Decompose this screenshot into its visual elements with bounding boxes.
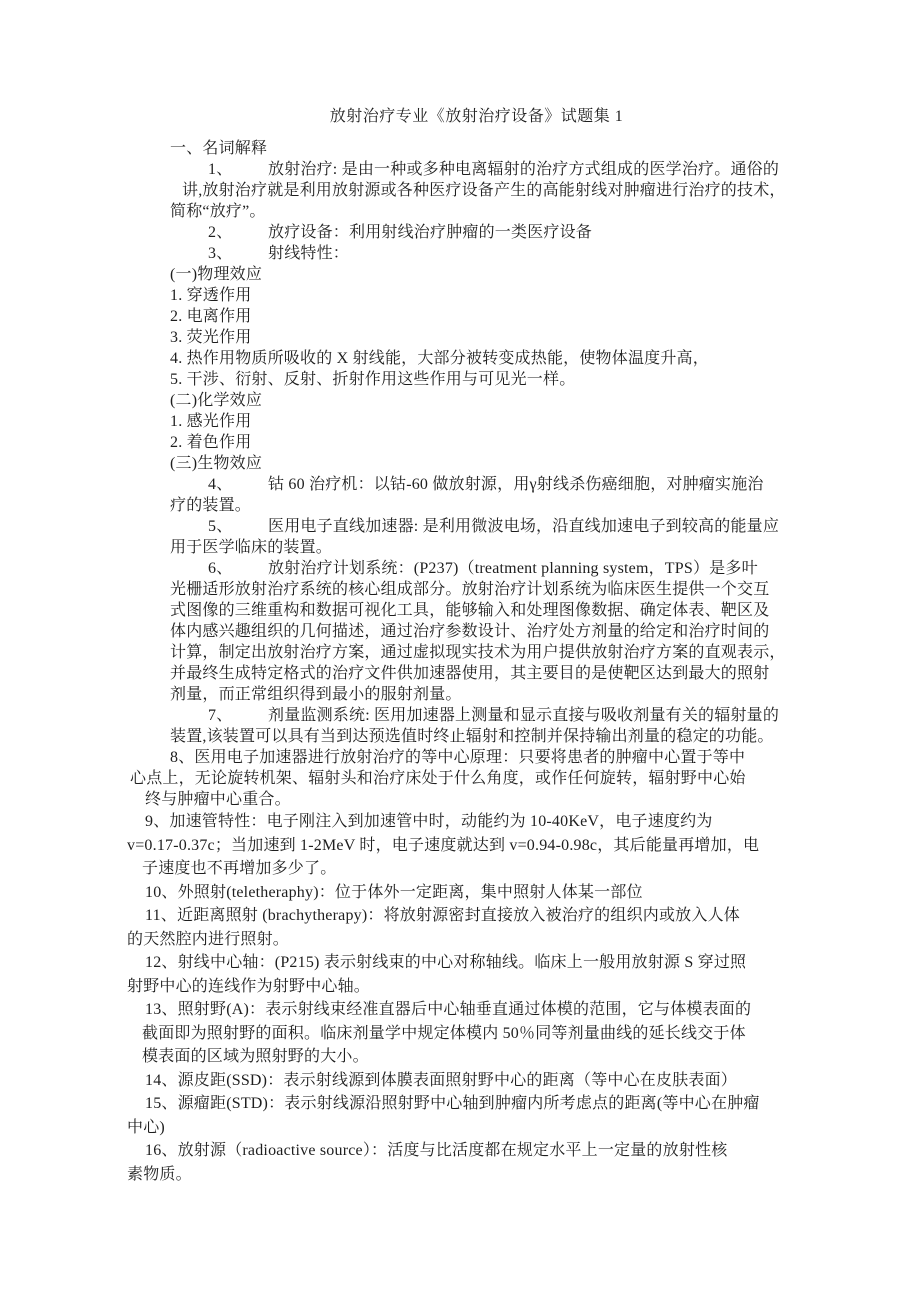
- numbered-definition-line: 5、医用电子直线加速器: 是利用微波电场，沿直线加速电子到较高的能量应: [0, 516, 920, 537]
- text-line: 9、加速管特性：电子刚注入到加速管中时，动能约为 10-40KeV，电子速度约为: [0, 810, 920, 834]
- text-line: 中心): [0, 1116, 920, 1140]
- text-line: 的天然腔内进行照射。: [0, 928, 920, 952]
- item-text: 射线特性：: [268, 245, 349, 262]
- item-number: 3、: [208, 243, 268, 264]
- text-line: 用于医学临床的装置。: [0, 537, 920, 558]
- text-line: 素物质。: [0, 1163, 920, 1187]
- text-line: 13、照射野(A)：表示射线束经准直器后中心轴垂直通过体模的范围，它与体模表面的: [0, 998, 920, 1022]
- item-number: 7、: [208, 705, 268, 726]
- text-line: 10、外照射(teletheraphy)：位于体外一定距离，集中照射人体某一部位: [0, 881, 920, 905]
- numbered-definition-line: 4、钴 60 治疗机：以钴-60 做放射源，用γ射线杀伤癌细胞，对肿瘤实施治: [0, 474, 920, 495]
- text-line: 并最终生成特定格式的治疗文件供加速器使用，其主要目的是使靶区达到最大的照射: [0, 663, 920, 684]
- text-line: 2. 电离作用: [0, 306, 920, 327]
- text-line: 16、放射源（radioactive source）：活度与比活度都在规定水平上…: [0, 1139, 920, 1163]
- text-line: 模表面的区域为照射野的大小。: [0, 1045, 920, 1069]
- item-number: 4、: [208, 474, 268, 495]
- numbered-definition-line: 3、射线特性：: [0, 243, 920, 264]
- item-number: 2、: [208, 222, 268, 243]
- text-line: 简称“放疗”。: [0, 201, 920, 222]
- numbered-definition-line: 1、放射治疗: 是由一种或多种电离辐射的治疗方式组成的医学治疗。通俗的: [0, 159, 920, 180]
- text-line: 12、射线中心轴：(P215) 表示射线束的中心对称轴线。临床上一般用放射源 S…: [0, 951, 920, 975]
- document-page: 放射治疗专业《放射治疗设备》试题集 1 一、名词解释1、放射治疗: 是由一种或多…: [0, 0, 920, 1302]
- text-line: 15、源瘤距(STD)：表示射线源沿照射野中心轴到肿瘤内所考虑点的距离(等中心在…: [0, 1092, 920, 1116]
- text-line: 1. 感光作用: [0, 411, 920, 432]
- text-line: 子速度也不再增加多少了。: [0, 857, 920, 881]
- text-line: 光栅适形放射治疗系统的核心组成部分。放射治疗计划系统为临床医生提供一个交互: [0, 579, 920, 600]
- text-line: 3. 荧光作用: [0, 327, 920, 348]
- numbered-definition-line: 2、放疗设备：利用射线治疗肿瘤的一类医疗设备: [0, 222, 920, 243]
- text-line: (三)生物效应: [0, 453, 920, 474]
- text-line: 一、名词解释: [0, 138, 920, 159]
- text-line: 截面即为照射野的面积。临床剂量学中规定体模内 50％同等剂量曲线的延长线交于体: [0, 1022, 920, 1046]
- text-line: 14、源皮距(SSD)：表示射线源到体膜表面照射野中心的距离（等中心在皮肤表面）: [0, 1069, 920, 1093]
- text-line: 计算，制定出放射治疗方案，通过虚拟现实技术为用户提供放射治疗方案的直观表示，: [0, 642, 920, 663]
- text-line: 装置,该装置可以具有当到达预选值时终止辐射和控制并保持输出剂量的稳定的功能。: [0, 726, 920, 747]
- text-line: 剂量，而正常组织得到最小的服射剂量。: [0, 684, 920, 705]
- text-line: 射野中心的连线作为射野中心轴。: [0, 975, 920, 999]
- item-text: 放射治疗: 是由一种或多种电离辐射的治疗方式组成的医学治疗。通俗的: [268, 161, 779, 178]
- text-line: 疗的装置。: [0, 495, 920, 516]
- text-line: 5. 干涉、衍射、反射、折射作用这些作用与可见光一样。: [0, 369, 920, 390]
- item-text: 剂量监测系统: 医用加速器上测量和显示直接与吸收剂量有关的辐射量的: [268, 707, 779, 724]
- numbered-definition-line: 6、放射治疗计划系统：(P237)（treatment planning sys…: [0, 558, 920, 579]
- text-line: 8、医用电子加速器进行放射治疗的等中心原理：只要将患者的肿瘤中心置于等中: [0, 747, 920, 768]
- text-line: 1. 穿透作用: [0, 285, 920, 306]
- document-title: 放射治疗专业《放射治疗设备》试题集 1: [127, 106, 792, 128]
- numbered-definition-line: 7、剂量监测系统: 医用加速器上测量和显示直接与吸收剂量有关的辐射量的: [0, 705, 920, 726]
- text-line: (二)化学效应: [0, 390, 920, 411]
- item-number: 5、: [208, 516, 268, 537]
- document-body-lower: 9、加速管特性：电子刚注入到加速管中时，动能约为 10-40KeV，电子速度约为…: [0, 810, 920, 1186]
- item-text: 放射治疗计划系统：(P237)（treatment planning syste…: [268, 560, 758, 577]
- text-line: 11、近距离照射 (brachytherapy)：将放射源密封直接放入被治疗的组…: [0, 904, 920, 928]
- text-line: (一)物理效应: [0, 264, 920, 285]
- item-number: 6、: [208, 558, 268, 579]
- text-line: 心点上，无论旋转机架、辐射头和治疗床处于什么角度，或作任何旋转，辐射野中心始: [0, 768, 920, 789]
- text-line: 4. 热作用物质所吸收的 X 射线能，大部分被转变成热能，使物体温度升高，: [0, 348, 920, 369]
- text-line: 体内感兴趣组织的几何描述，通过治疗参数设计、治疗处方剂量的给定和治疗时间的: [0, 621, 920, 642]
- item-text: 放疗设备：利用射线治疗肿瘤的一类医疗设备: [268, 224, 592, 241]
- text-line: v=0.17-0.37c；当加速到 1-2MeV 时，电子速度就达到 v=0.9…: [0, 834, 920, 858]
- text-line: 终与肿瘤中心重合。: [0, 789, 920, 810]
- text-line: 式图像的三维重构和数据可视化工具，能够输入和处理图像数据、确定体表、靶区及: [0, 600, 920, 621]
- item-text: 钴 60 治疗机：以钴-60 做放射源，用γ射线杀伤癌细胞，对肿瘤实施治: [268, 476, 764, 493]
- text-line: 讲,放射治疗就是利用放射源或各种医疗设备产生的高能射线对肿瘤进行治疗的技术，: [0, 180, 920, 201]
- document-body-upper: 一、名词解释1、放射治疗: 是由一种或多种电离辐射的治疗方式组成的医学治疗。通俗…: [0, 138, 920, 810]
- item-text: 医用电子直线加速器: 是利用微波电场，沿直线加速电子到较高的能量应: [268, 518, 779, 535]
- item-number: 1、: [208, 159, 268, 180]
- text-line: 2. 着色作用: [0, 432, 920, 453]
